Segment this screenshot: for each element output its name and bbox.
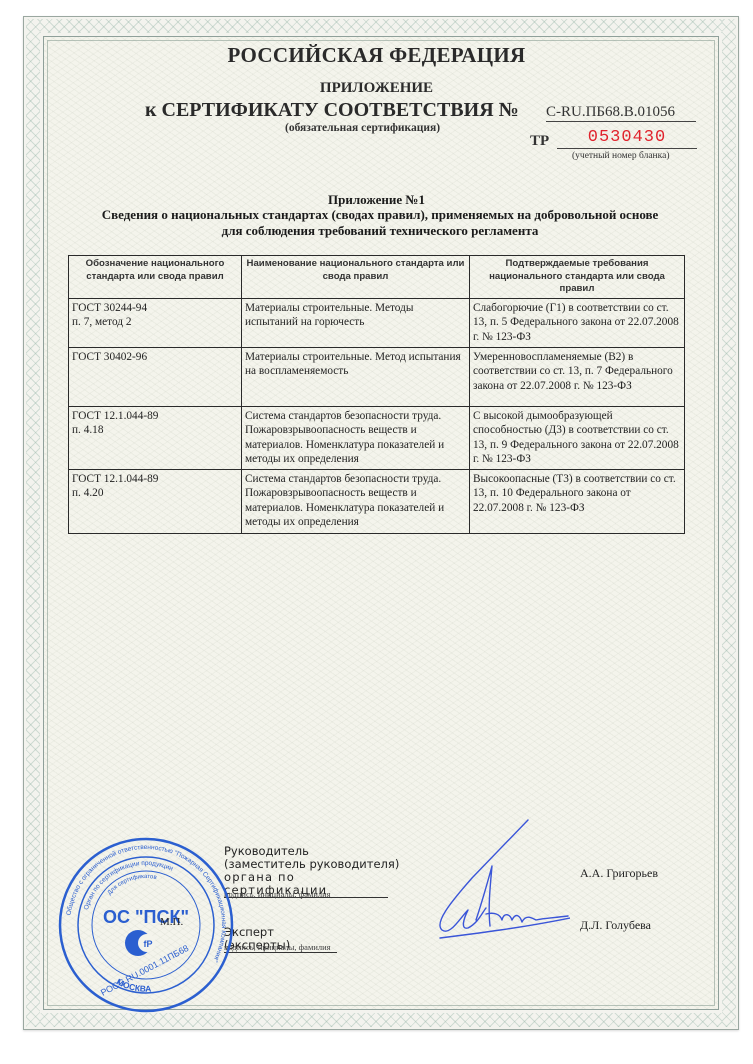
- head-signature-caption: подпись, инициалы, фамилия: [224, 889, 331, 899]
- designation-line: п. 4.18: [72, 423, 238, 438]
- cell-designation: ГОСТ 30402-96: [69, 347, 242, 406]
- cell-designation: ГОСТ 30244-94 п. 7, метод 2: [69, 298, 242, 347]
- head-label: Руководитель (заместитель руководителя): [224, 845, 399, 871]
- designation-line: ГОСТ 12.1.044-89: [72, 472, 238, 487]
- seal-place-label: М.П.: [160, 916, 183, 928]
- blank-number: 0530430: [557, 127, 697, 149]
- certification-stamp: Общество с ограниченной ответственностью…: [58, 837, 234, 1013]
- annex-title: Приложение №1: [0, 192, 753, 208]
- table-header-row: Обозначение национального стандарта или …: [69, 256, 685, 299]
- cell-requirements: Высокоопасные (Т3) в соответствии со ст.…: [470, 469, 685, 533]
- certificate-number: С-RU.ПБ68.В.01056: [546, 104, 696, 122]
- blank-number-caption: (учетный номер бланка): [572, 151, 669, 161]
- expert-signature-caption: подпись, инициалы, фамилия: [224, 942, 331, 952]
- expert-name: Д.Л. Голубева: [580, 918, 651, 933]
- handwritten-signature: [420, 818, 570, 948]
- cell-name: Материалы строительные. Метод испытания …: [242, 347, 470, 406]
- cell-requirements: С высокой дымообразующей способностью (Д…: [470, 406, 685, 469]
- cell-designation: ГОСТ 12.1.044-89 п. 4.20: [69, 469, 242, 533]
- cell-requirements: Умеренновоспламеняемые (В2) в соответств…: [470, 347, 685, 406]
- table-row: ГОСТ 30244-94 п. 7, метод 2 Материалы ст…: [69, 298, 685, 347]
- standards-table: Обозначение национального стандарта или …: [68, 255, 685, 534]
- column-header-requirements: Подтверждаемые требования национального …: [470, 256, 685, 299]
- column-header-name: Наименование национального стандарта или…: [242, 256, 470, 299]
- certificate-title: к СЕРТИФИКАТУ СООТВЕТСТВИЯ №: [145, 99, 519, 122]
- cell-designation: ГОСТ 12.1.044-89 п. 4.18: [69, 406, 242, 469]
- stamp-inner-text-2: Для сертификатов: [107, 874, 157, 896]
- head-name: А.А. Григорьев: [580, 866, 658, 881]
- cell-name: Система стандартов безопасности труда. П…: [242, 406, 470, 469]
- country-title: РОССИЙСКАЯ ФЕДЕРАЦИЯ: [0, 43, 753, 68]
- table-row: ГОСТ 12.1.044-89 п. 4.20 Система стандар…: [69, 469, 685, 533]
- cell-requirements: Слабогорючие (Г1) в соответствии со ст. …: [470, 298, 685, 347]
- svg-text:fP: fP: [144, 939, 153, 949]
- table-row: ГОСТ 30402-96 Материалы строительные. Ме…: [69, 347, 685, 406]
- designation-line: ГОСТ 12.1.044-89: [72, 409, 238, 424]
- cell-name: Материалы строительные. Методы испытаний…: [242, 298, 470, 347]
- designation-line: ГОСТ 30402-96: [72, 350, 238, 365]
- stamp-logo-icon: fP: [125, 930, 156, 956]
- certification-type: (обязательная сертификация): [285, 122, 440, 134]
- cell-name: Система стандартов безопасности труда. П…: [242, 469, 470, 533]
- column-header-designation: Обозначение национального стандарта или …: [69, 256, 242, 299]
- tr-label: ТР: [530, 133, 549, 150]
- appendix-heading: ПРИЛОЖЕНИЕ: [0, 80, 753, 97]
- designation-line: п. 4.20: [72, 486, 238, 501]
- table-row: ГОСТ 12.1.044-89 п. 4.18 Система стандар…: [69, 406, 685, 469]
- designation-line: ГОСТ 30244-94: [72, 301, 238, 316]
- designation-line: п. 7, метод 2: [72, 315, 238, 330]
- annex-subtitle: Сведения о национальных стандартах (свод…: [100, 207, 660, 239]
